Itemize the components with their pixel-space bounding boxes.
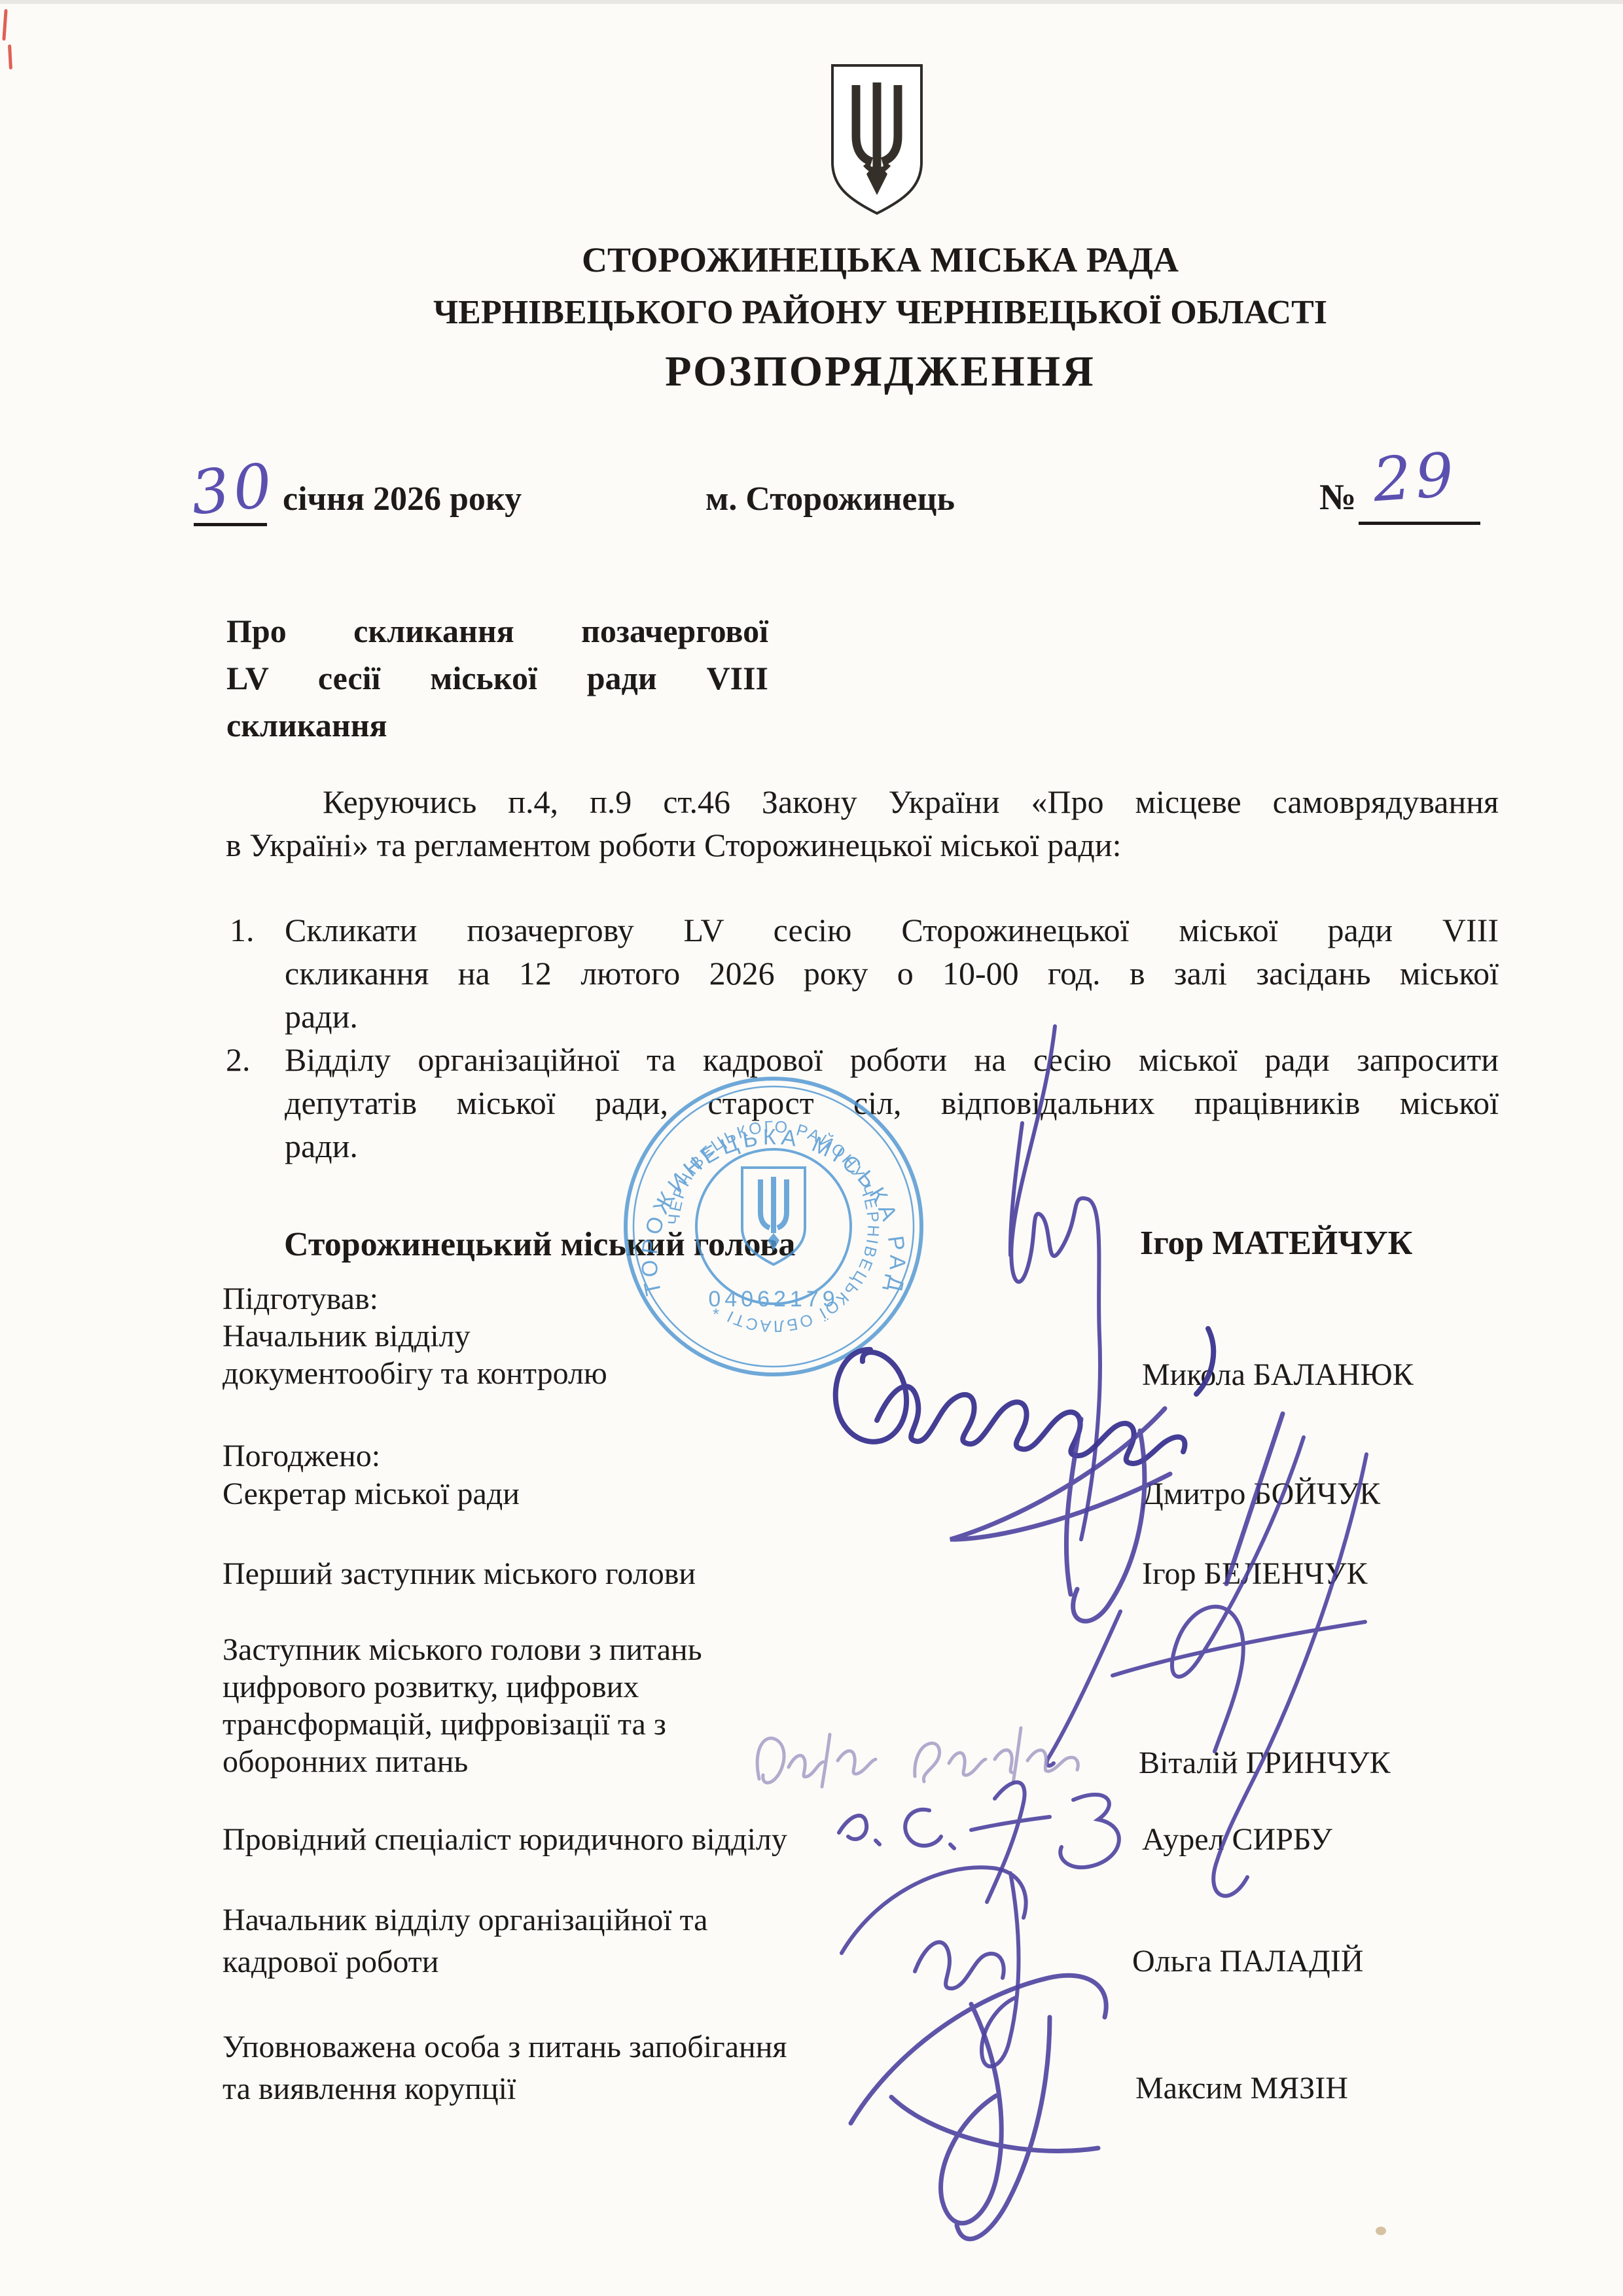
prepared-block: Підготував: Начальник відділу документоо… [223,1280,607,1392]
item-number: 1. [230,908,255,952]
place-name: м. Сторожинець [705,480,955,518]
handwritten-number: 29 [1370,440,1459,516]
subject-line: Про скликання позачергової [226,607,768,655]
handwritten-date-day: 30 [188,450,279,529]
approver-name: Максим МЯЗІН [1135,2070,1348,2107]
paragraph-line: в Україні» та регламентом роботи Сторожи… [226,823,1499,867]
approver-name: Дмитро БОЙЧУК [1142,1475,1380,1513]
number-label: № [1319,476,1356,518]
item-line: Відділу організаційної та кадрової робот… [285,1038,1499,1081]
signature-paladii [842,1867,1026,2066]
mayor-title: Сторожинецький міський голова [284,1225,795,1264]
approver-title-block: Уповноважена особа з питань запобігання … [223,2026,787,2110]
approver-title-line: цифрового розвитку, цифрових [223,1668,702,1706]
scan-edge-artifact [0,0,1623,4]
number-underline [1359,522,1480,525]
approver-title-line: оборонних питань [223,1743,702,1780]
approver-name: Аурел СИРБУ [1142,1821,1332,1858]
scanned-document-page: СТОРОЖИНЕЦЬКА МІСЬКА РАДА ЧЕРНІВЕЦЬКОГО … [0,0,1623,2296]
date-underline [194,523,267,526]
org-name-line1: СТОРОЖИНЕЦЬКА МІСЬКА РАДА [262,240,1499,280]
item-line: депутатів міської ради, старост сіл, від… [285,1081,1499,1124]
approver-title-line: Заступник міського голови з питань [223,1631,702,1668]
approver-title-line: та виявлення корупції [223,2068,787,2110]
approver-title: Перший заступник міського голови [223,1555,696,1592]
agreed-label: Погоджено: [223,1437,380,1475]
date-printed: січня 2026 року [283,480,522,518]
approver-name: Ольга ПАЛАДІЙ [1132,1943,1363,1980]
approver-title: Секретар міської ради [223,1475,520,1513]
signature-miazin [851,1975,1106,2239]
signature-hrynchuk-note [757,1728,1078,1787]
approver-title-line: Начальник відділу організаційної та [223,1899,707,1941]
approver-name: Ігор БЕЛЕНЧУК [1142,1555,1367,1592]
prepared-title-line: документообігу та контролю [223,1355,607,1392]
prepared-label: Підготував: [223,1280,607,1318]
scan-red-mark [2,9,7,41]
lead-paragraph: Керуючись п.4, п.9 ст.46 Закону України … [226,780,1499,867]
directive-items: 1. Скликати позачергову LV сесію Сторожи… [226,908,1499,1168]
org-name-line2: ЧЕРНІВЕЦЬКОГО РАЙОНУ ЧЕРНІВЕЦЬКОЇ ОБЛАСТ… [262,293,1499,332]
item-line: ради. [285,1124,1499,1168]
paragraph-line: Керуючись п.4, п.9 ст.46 Закону України … [226,780,1499,823]
approver-title: Провідний спеціаліст юридичного відділу [223,1821,787,1858]
item-line: скликання на 12 лютого 2026 року о 10-00… [285,952,1499,995]
doc-type-title: РОЗПОРЯДЖЕННЯ [262,347,1499,397]
stamp-code: 04062179 [708,1287,838,1312]
item-line: Скликати позачергову LV сесію Сторожинец… [285,908,1499,952]
signature-syrbu [839,1782,1119,1902]
list-item: 1. Скликати позачергову LV сесію Сторожи… [226,908,1499,1038]
list-item: 2. Відділу організаційної та кадрової ро… [226,1038,1499,1168]
approver-title-line: Уповноважена особа з питань запобігання [223,2026,787,2068]
mayor-name: Ігор МАТЕЙЧУК [1140,1224,1412,1263]
subject-line: LV сесії міської ради VIII [226,655,768,702]
approver-title-line: трансформацій, цифровізації та з [223,1706,702,1743]
item-line: ради. [285,995,1499,1038]
prepared-name: Микола БАЛАНЮК [1142,1356,1414,1393]
approver-title-block: Заступник міського голови з питань цифро… [223,1631,702,1780]
prepared-title-line: Начальник відділу [223,1318,607,1355]
subject-block: Про скликання позачергової LV сесії місь… [226,607,768,749]
subject-line: скликання [226,702,768,749]
approver-name: Віталій ГРИНЧУК [1139,1744,1391,1782]
item-number: 2. [226,1038,251,1081]
scan-speck [1376,2227,1386,2235]
scan-red-mark [8,45,12,69]
approver-title-block: Начальник відділу організаційної та кадр… [223,1899,707,1983]
ukraine-trident-emblem [826,63,928,219]
approver-title-line: кадрової роботи [223,1941,707,1983]
signature-balaniuk [836,1329,1214,1463]
